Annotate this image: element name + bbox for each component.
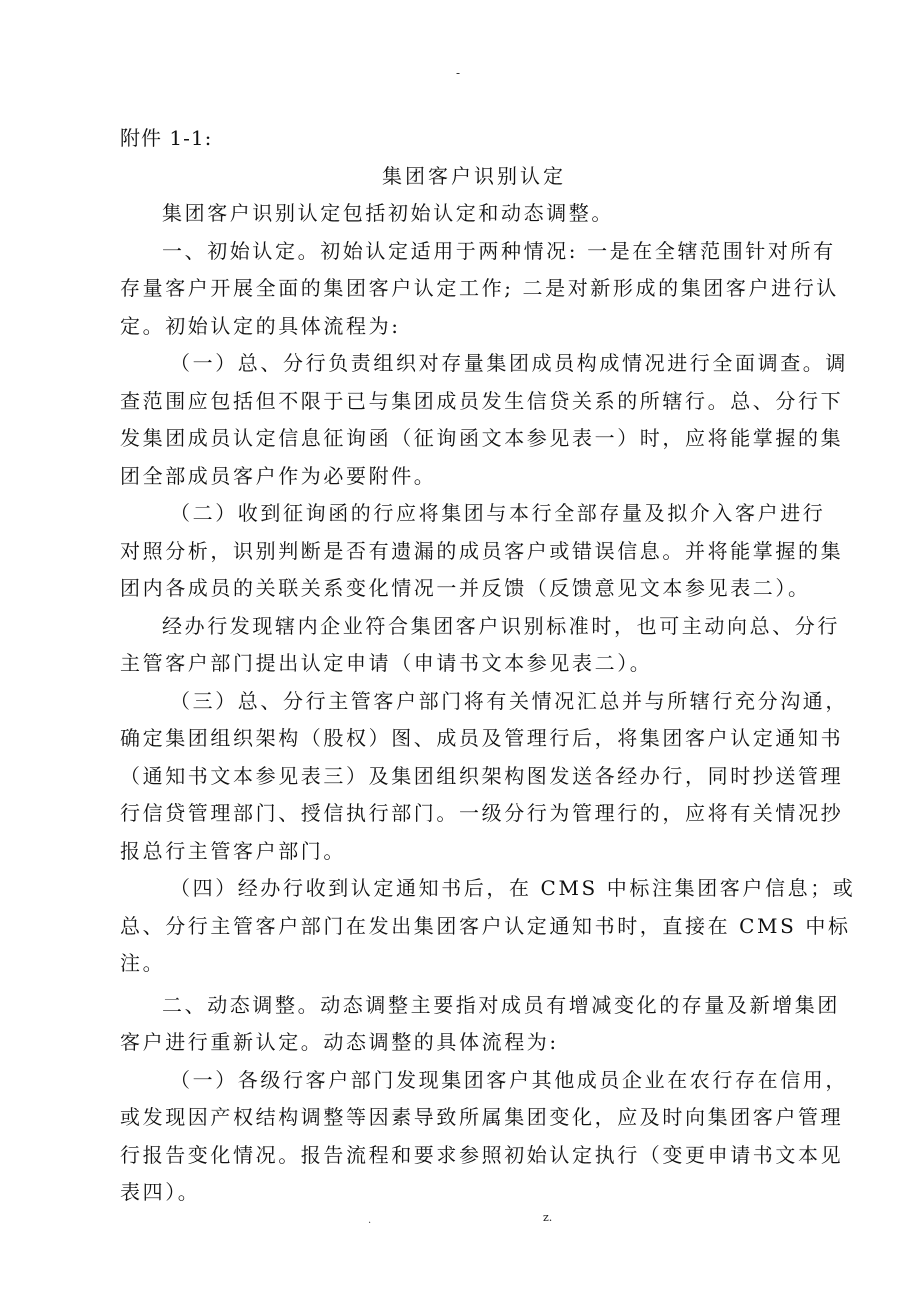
paragraph-line: 对照分析，识别判断是否有遗漏的成员客户或错误信息。并将能掌握的集 xyxy=(120,533,804,571)
paragraph-line: 经办行发现辖内企业符合集团客户识别标准时，也可主动向总、分行 xyxy=(120,608,804,646)
paragraph-line: （通知书文本参见表三）及集团组织架构图发送各经办行，同时抄送管理 xyxy=(120,758,804,796)
paragraph-line: 行信贷管理部门、授信执行部门。一级分行为管理行的，应将有关情况抄 xyxy=(120,795,804,833)
paragraph-line: 总、分行主管客户部门在发出集团客户认定通知书时，直接在 CMS 中标 xyxy=(120,908,804,946)
paragraph-line: 二、动态调整。动态调整主要指对成员有增减变化的存量及新增集团 xyxy=(120,987,804,1025)
paragraph-line: 确定集团组织架构（股权）图、成员及管理行后，将集团客户认定通知书 xyxy=(120,720,804,758)
section1-note: 经办行发现辖内企业符合集团客户识别标准时，也可主动向总、分行 主管客户部门提出认… xyxy=(120,608,804,683)
paragraph-line: 表四）。 xyxy=(120,1174,804,1212)
section1-item-2: （二）收到征询函的行应将集团与本行全部存量及拟介入客户进行 对照分析，识别判断是… xyxy=(120,495,804,608)
paragraph-line: （四）经办行收到认定通知书后，在 CMS 中标注集团客户信息；或 xyxy=(120,870,804,908)
header-mark: - xyxy=(456,66,460,80)
section-dynamic-adjustment: 二、动态调整。动态调整主要指对成员有增减变化的存量及新增集团 客户进行重新认定。… xyxy=(120,987,804,1062)
paragraph-line: 或发现因产权结构调整等因素导致所属集团变化，应及时向集团客户管理 xyxy=(120,1099,804,1137)
footer-right-mark: z. xyxy=(543,1211,552,1224)
paragraph-line: 发集团成员认定信息征询函（征询函文本参见表一）时，应将能掌握的集 xyxy=(120,420,804,458)
section1-item-3: （三）总、分行主管客户部门将有关情况汇总并与所辖行充分沟通， 确定集团组织架构（… xyxy=(120,683,804,871)
paragraph-line: （一）各级行客户部门发现集团客户其他成员企业在农行存在信用， xyxy=(120,1062,804,1100)
section1-item-4: （四）经办行收到认定通知书后，在 CMS 中标注集团客户信息；或 总、分行主管客… xyxy=(120,870,804,983)
section2-item-1: （一）各级行客户部门发现集团客户其他成员企业在农行存在信用， 或发现因产权结构调… xyxy=(120,1062,804,1212)
paragraph-line: 行报告变化情况。报告流程和要求参照初始认定执行（变更申请书文本见 xyxy=(120,1137,804,1175)
paragraph-line: 客户进行重新认定。动态调整的具体流程为: xyxy=(120,1024,804,1062)
paragraph-line: 存量客户开展全面的集团客户认定工作; 二是对新形成的集团客户进行认 xyxy=(120,270,804,308)
paragraph-line: 主管客户部门提出认定申请（申请书文本参见表二）。 xyxy=(120,645,804,683)
document-page: - 附件 1-1: 集团客户识别认定 集团客户识别认定包括初始认定和动态调整。 … xyxy=(0,0,920,1302)
paragraph-line: 定。初始认定的具体流程为: xyxy=(120,308,804,346)
section1-item-1: （一）总、分行负责组织对存量集团成员构成情况进行全面调查。调 查范围应包括但不限… xyxy=(120,345,804,495)
paragraph-line: 注。 xyxy=(120,945,804,983)
paragraph-line: 一、初始认定。初始认定适用于两种情况: 一是在全辖范围针对所有 xyxy=(120,233,804,271)
paragraph-line: 查范围应包括但不限于已与集团成员发生信贷关系的所辖行。总、分行下 xyxy=(120,383,804,421)
footer-left-mark: . xyxy=(368,1215,371,1226)
paragraph-line: （一）总、分行负责组织对存量集团成员构成情况进行全面调查。调 xyxy=(120,345,804,383)
paragraph-line: 报总行主管客户部门。 xyxy=(120,833,804,871)
section-initial-identification: 一、初始认定。初始认定适用于两种情况: 一是在全辖范围针对所有 存量客户开展全面… xyxy=(120,233,804,346)
paragraph-line: 团全部成员客户作为必要附件。 xyxy=(120,458,804,496)
paragraph-line: （三）总、分行主管客户部门将有关情况汇总并与所辖行充分沟通， xyxy=(120,683,804,721)
document-body: 附件 1-1: 集团客户识别认定 集团客户识别认定包括初始认定和动态调整。 一、… xyxy=(120,120,804,1212)
document-title: 集团客户识别认定 xyxy=(120,158,804,196)
paragraph-line: 团内各成员的关联关系变化情况一并反馈（反馈意见文本参见表二）。 xyxy=(120,570,804,608)
annex-label: 附件 1-1: xyxy=(120,120,804,158)
intro-paragraph: 集团客户识别认定包括初始认定和动态调整。 xyxy=(120,195,804,233)
paragraph-line: （二）收到征询函的行应将集团与本行全部存量及拟介入客户进行 xyxy=(120,495,804,533)
